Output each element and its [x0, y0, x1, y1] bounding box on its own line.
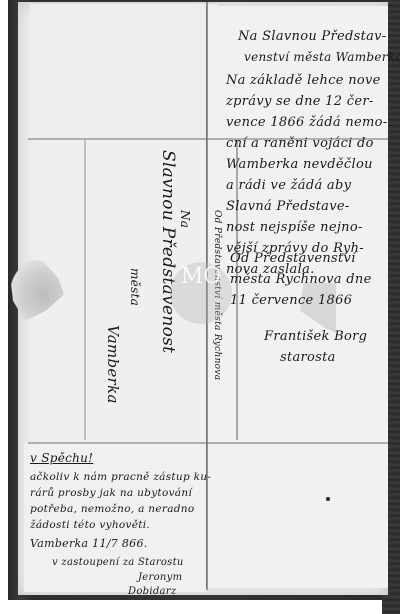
body-line: a rádi ve žádá aby [226, 175, 387, 196]
vertical-address-sub: města [128, 268, 142, 306]
closing-line: 11 července 1866 [230, 290, 372, 311]
body-line: Na základě lehce nove [226, 70, 387, 91]
vertical-address-town: Vamberka [104, 325, 122, 404]
note-line: potřeba, nemožno, a neradno [30, 501, 211, 517]
body-line: zprávy se dne 12 čer- [226, 91, 387, 112]
folded-panel-top-left [30, 4, 218, 140]
body-line: Wamberka nevděčlou [226, 154, 387, 175]
note-date: Vamberka 11/7 866. [30, 533, 211, 555]
note-line: ačkoliv k nám pracně zástup ku- [30, 469, 211, 485]
signature-name: František Borg [264, 326, 367, 347]
ink-spot [326, 497, 330, 501]
body-line: nost nejspíše nejno- [226, 217, 387, 238]
body-line: cní a raněni vojáci do [226, 133, 387, 154]
closing-line: města Rychnova dne [230, 269, 372, 290]
note-signature-last: Dobidarz [128, 585, 211, 599]
bottom-note: v Spěchu! ačkoliv k nám pracně zástup ku… [30, 448, 211, 599]
address-line-2: venství města Wamberka [244, 47, 400, 68]
note-role: v zastoupení za Starostu [52, 555, 211, 571]
signature-block: František Borg starosta [264, 326, 367, 368]
closing-block: Od Představenství města Rychnova dne 11 … [230, 248, 372, 311]
watermark-logo: MO [170, 262, 232, 324]
fold-line-left [84, 140, 86, 440]
vertical-address-main: Slavnou Představenost [158, 150, 178, 353]
note-signature-first: Jeronym [138, 571, 211, 585]
vertical-prefix: Na [178, 210, 192, 228]
body-line: Slavná Představe- [226, 196, 387, 217]
bottom-note-heading: v Spěchu! [30, 448, 211, 469]
address-line-1: Na Slavnou Představ- [238, 26, 400, 47]
note-line: rárů prosby jak na ubytování [30, 485, 211, 501]
fold-line-bottom [28, 442, 388, 444]
signature-title: starosta [280, 347, 367, 368]
address-block: Na Slavnou Představ- venství města Wambe… [238, 26, 400, 68]
heading-text: v Spěchu! [30, 451, 93, 465]
body-line: vence 1866 žádá nemo- [226, 112, 387, 133]
closing-line: Od Představenství [230, 248, 372, 269]
note-line: žádosti této vyhověti. [30, 517, 211, 533]
